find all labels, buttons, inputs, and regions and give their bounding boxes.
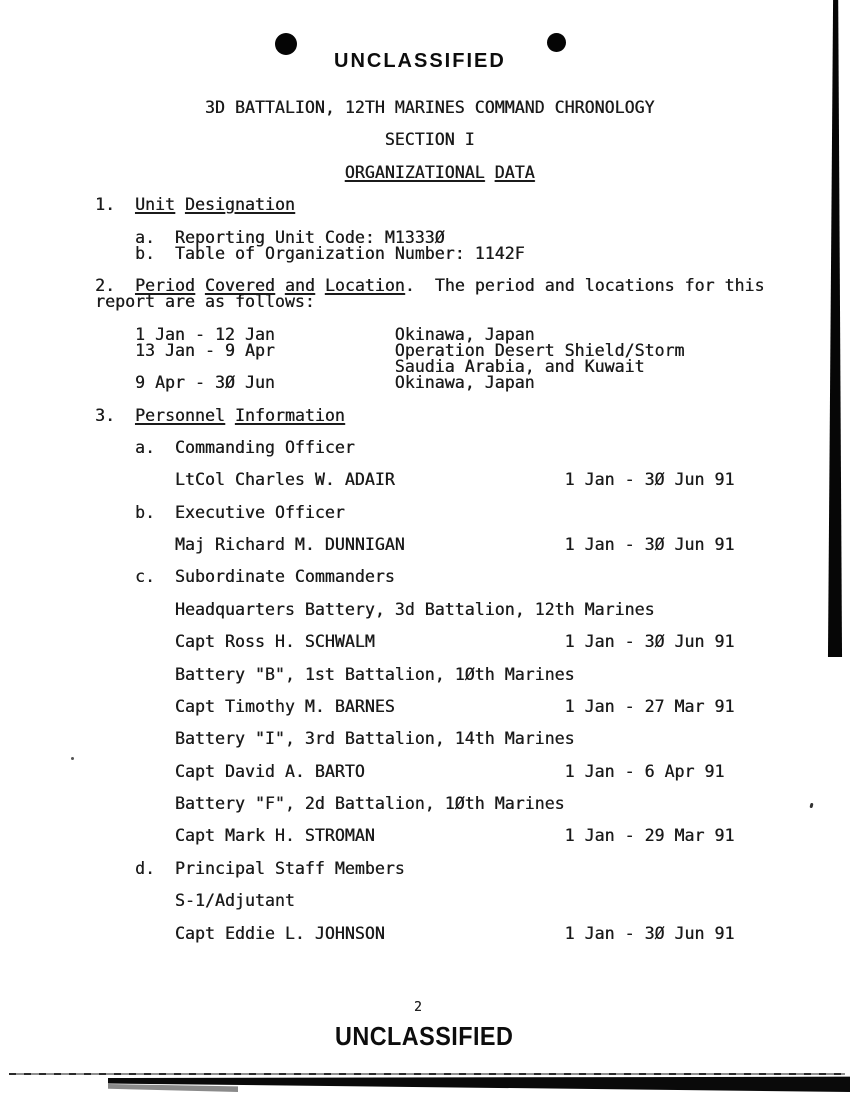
scan-artifact-bottom-line xyxy=(9,1073,845,1075)
role-executive-officer: b. Executive Officer xyxy=(95,505,764,521)
hole-punch-mark-right xyxy=(547,33,566,52)
scan-speck-left xyxy=(71,757,74,760)
classification-footer: UNCLASSIFIED xyxy=(335,1023,513,1049)
scanned-document-page: UNCLASSIFIED 3D BATTALION, 12TH MARINES … xyxy=(0,0,850,1094)
unit-battery-i: Battery "I", 3rd Battalion, 14th Marines xyxy=(95,731,764,747)
person-adair: LtCol Charles W. ADAIR 1 Jan - 3Ø Jun 91 xyxy=(95,472,764,488)
person-dunnigan: Maj Richard M. DUNNIGAN 1 Jan - 3Ø Jun 9… xyxy=(95,537,764,553)
person-stroman: Capt Mark H. STROMAN 1 Jan - 29 Mar 91 xyxy=(95,828,764,844)
hole-punch-mark-left xyxy=(275,33,297,55)
role-commanding-officer: a. Commanding Officer xyxy=(95,440,764,456)
scan-speck-right xyxy=(809,803,813,809)
document-title: 3D BATTALION, 12TH MARINES COMMAND CHRON… xyxy=(95,100,764,116)
item-3-personnel-information: 3. Personnel Information xyxy=(95,408,764,424)
person-barto: Capt David A. BARTO 1 Jan - 6 Apr 91 xyxy=(95,764,764,780)
unit-battery-f: Battery "F", 2d Battalion, 1Øth Marines xyxy=(95,796,764,812)
classification-header: UNCLASSIFIED xyxy=(334,51,506,71)
item-1-unit-designation: 1. Unit Designation xyxy=(95,197,764,213)
role-principal-staff-members: d. Principal Staff Members xyxy=(95,861,764,877)
period-row-3: 9 Apr - 3Ø Jun Okinawa, Japan xyxy=(95,375,764,391)
scan-artifact-bottom-shadow xyxy=(108,1084,238,1092)
person-barnes: Capt Timothy M. BARNES 1 Jan - 27 Mar 91 xyxy=(95,699,764,715)
role-subordinate-commanders: c. Subordinate Commanders xyxy=(95,569,764,585)
unit-battery-b: Battery "B", 1st Battalion, 1Øth Marines xyxy=(95,667,764,683)
role-s1-adjutant: S-1/Adjutant xyxy=(95,893,764,909)
scan-edge-artifact-right xyxy=(827,0,843,657)
person-johnson: Capt Eddie L. JOHNSON 1 Jan - 3Ø Jun 91 xyxy=(95,926,764,942)
page-number: 2 xyxy=(414,1001,422,1014)
document-body: 3D BATTALION, 12TH MARINES COMMAND CHRON… xyxy=(95,100,764,942)
section-heading: SECTION I xyxy=(95,132,764,148)
table-of-organization-line: b. Table of Organization Number: 1142F xyxy=(95,246,764,262)
section-title: ORGANIZATIONAL DATA xyxy=(95,165,764,181)
item-2-continuation: report are as follows: xyxy=(95,294,764,310)
person-schwalm: Capt Ross H. SCHWALM 1 Jan - 3Ø Jun 91 xyxy=(95,634,764,650)
unit-headquarters-battery: Headquarters Battery, 3d Battalion, 12th… xyxy=(95,602,764,618)
